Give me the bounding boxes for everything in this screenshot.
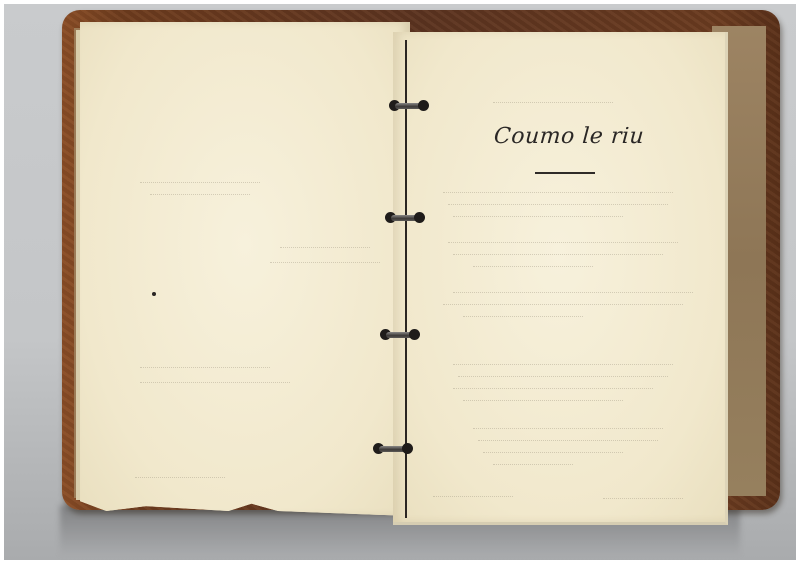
bleed-through-line: [453, 254, 663, 256]
bleed-through-line: [493, 102, 613, 104]
bleed-through-line: [433, 496, 513, 498]
handwritten-title: Coumo le riu: [493, 124, 645, 149]
bleed-through-line: [443, 192, 673, 194]
bleed-through-line: [448, 242, 678, 244]
bleed-through-line: [150, 194, 250, 196]
bleed-through-line: [443, 304, 683, 306]
bleed-through-line: [135, 477, 225, 479]
paper-speck: [152, 292, 156, 296]
bleed-through-line: [140, 367, 270, 369]
right-page: [393, 32, 728, 525]
bleed-through-line: [140, 182, 260, 184]
left-page: [80, 22, 410, 516]
binding-ring: [385, 212, 425, 224]
bleed-through-line: [453, 364, 673, 366]
bleed-through-line: [140, 382, 290, 384]
bleed-through-line: [473, 266, 593, 268]
bleed-through-line: [493, 464, 573, 466]
binding-ring: [373, 443, 413, 455]
bleed-through-line: [483, 452, 623, 454]
bleed-through-line: [453, 388, 653, 390]
bleed-through-line: [463, 400, 623, 402]
bleed-through-line: [280, 247, 370, 249]
bleed-through-line: [448, 204, 668, 206]
bleed-through-line: [453, 216, 623, 218]
bleed-through-line: [603, 498, 683, 500]
bleed-through-line: [270, 262, 380, 264]
bleed-through-line: [458, 376, 668, 378]
binding-ring: [389, 100, 429, 112]
bleed-through-line: [478, 440, 658, 442]
bleed-through-line: [453, 292, 693, 294]
bleed-through-line: [473, 428, 663, 430]
bleed-through-line: [463, 316, 583, 318]
binding-ring: [380, 329, 420, 341]
title-underline: [535, 172, 595, 174]
